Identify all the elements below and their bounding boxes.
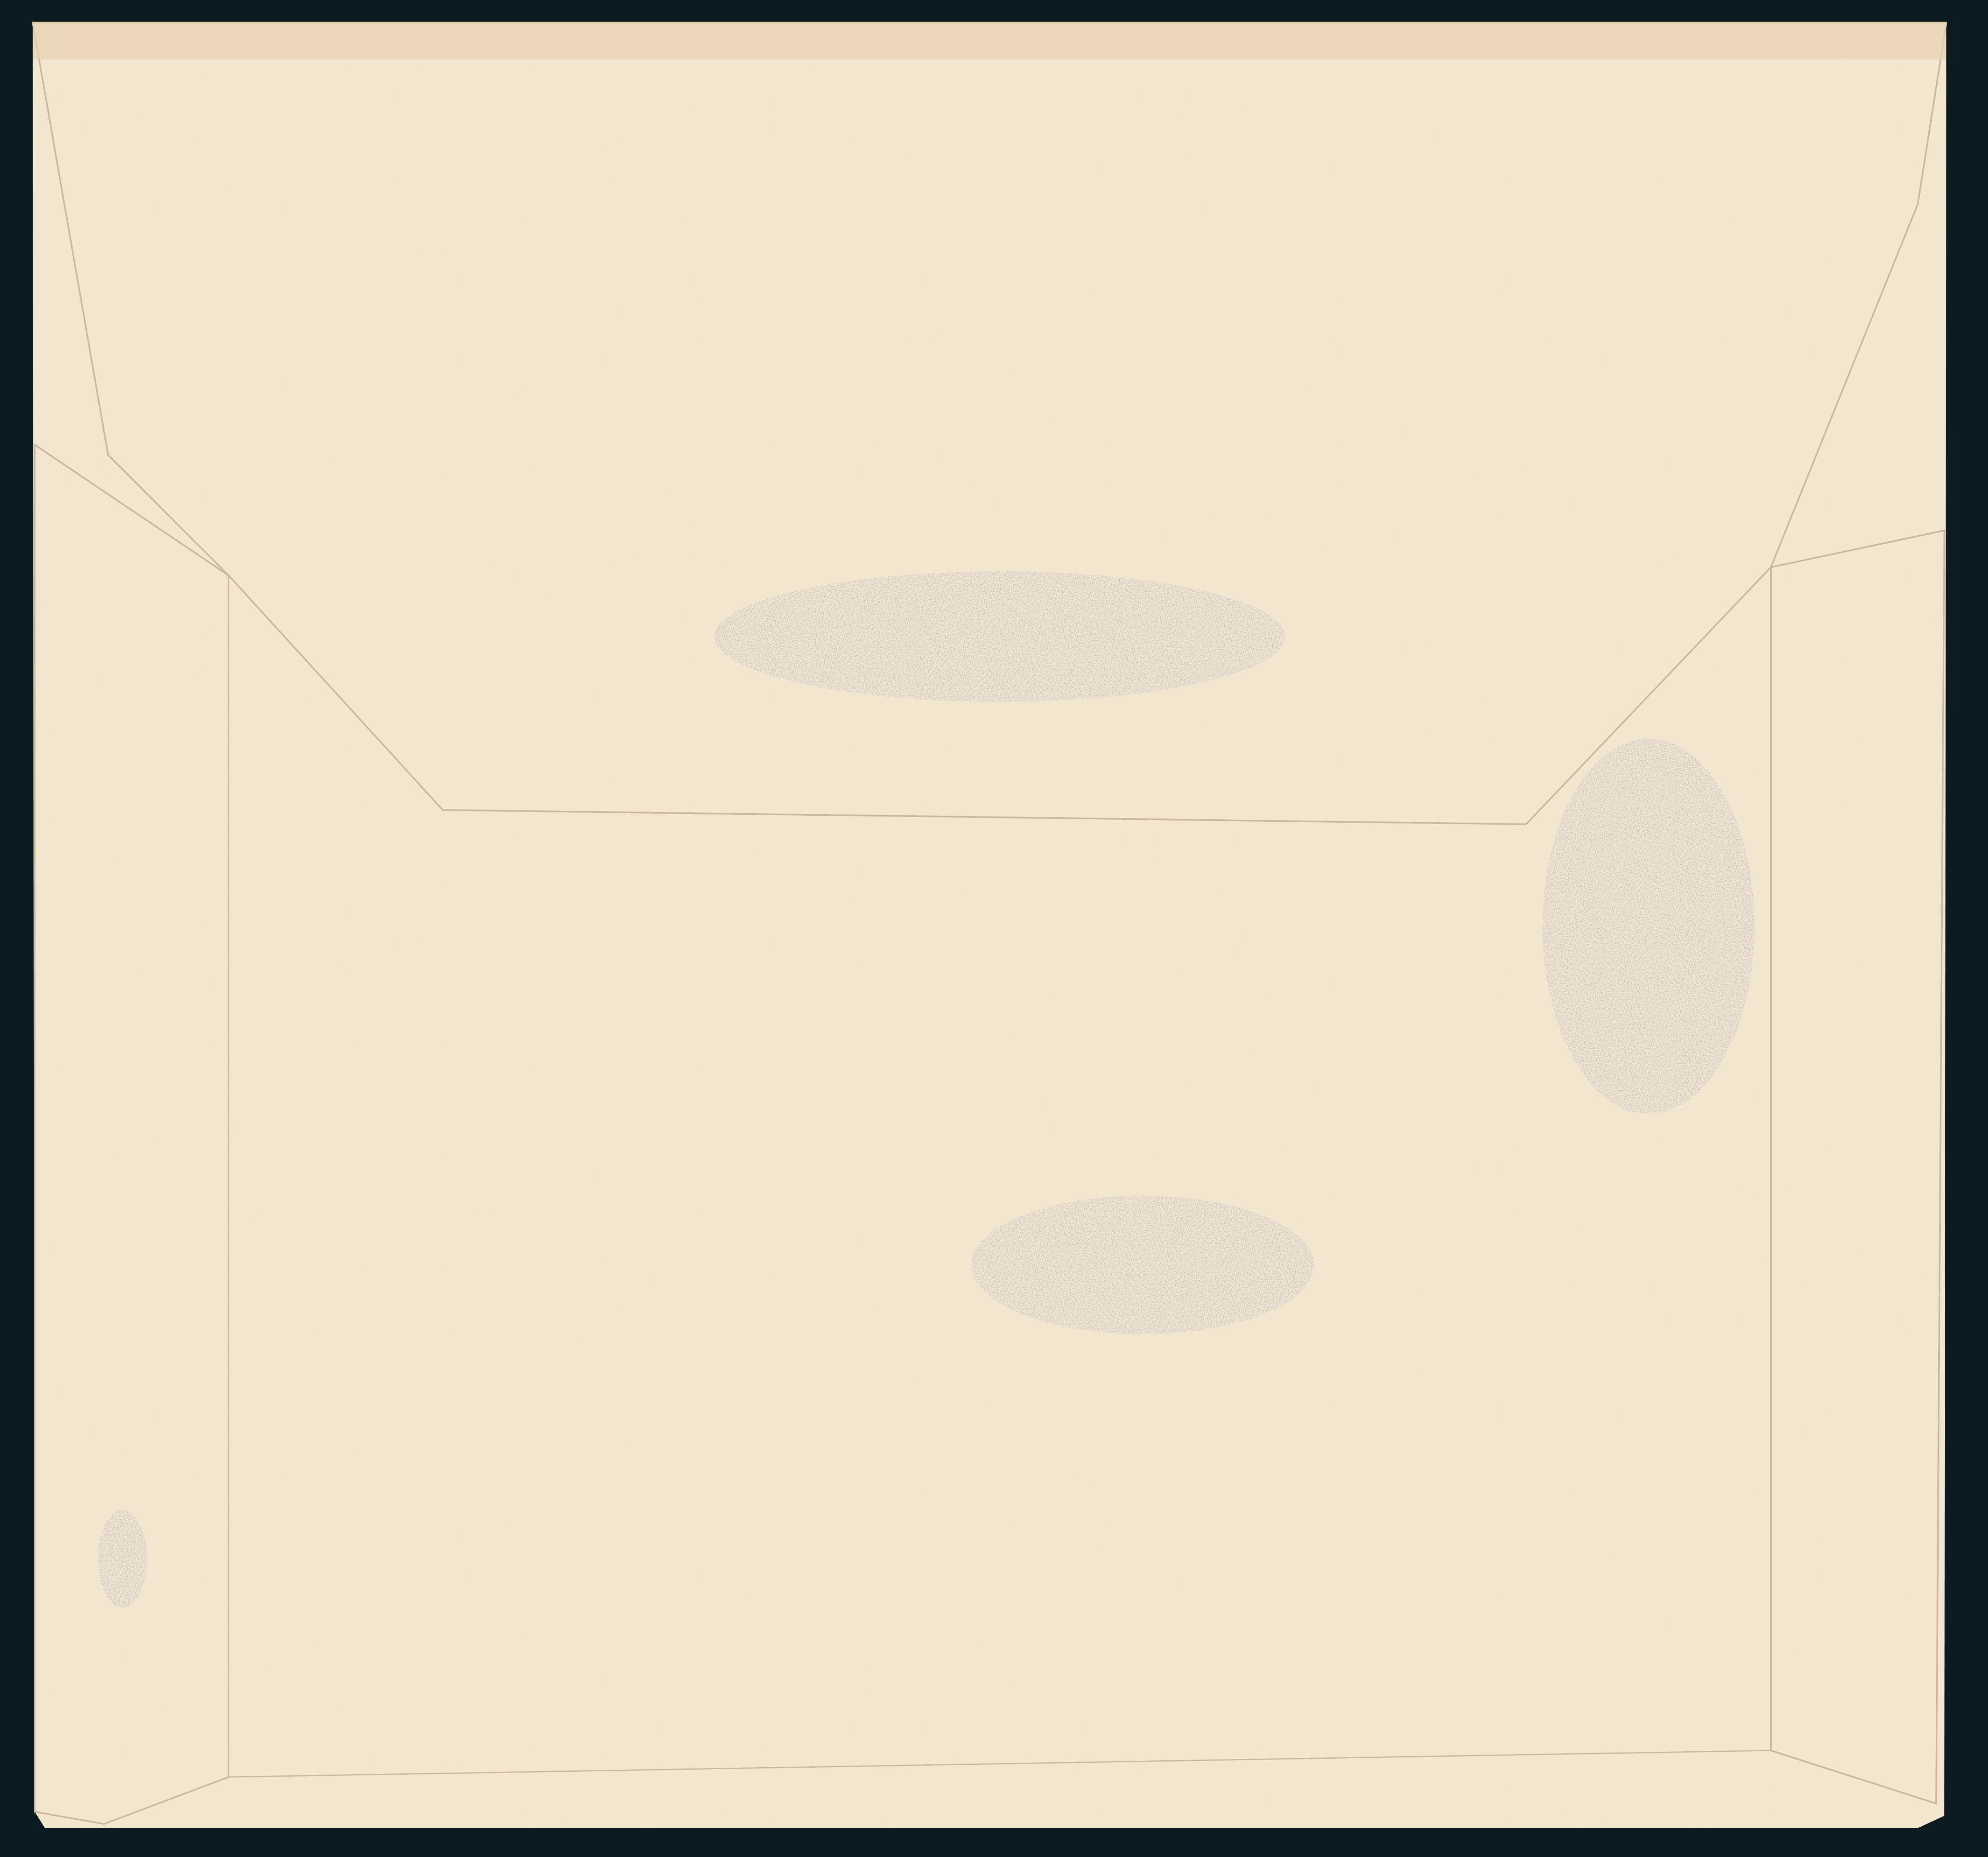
torn-top-edge <box>33 22 1946 59</box>
envelope-photo <box>0 0 1988 1857</box>
ink-mark <box>971 1196 1314 1334</box>
ink-mark <box>714 571 1285 702</box>
ink-mark <box>98 1510 147 1608</box>
ink-mark <box>1542 739 1755 1114</box>
envelope-illustration <box>0 0 1988 1857</box>
